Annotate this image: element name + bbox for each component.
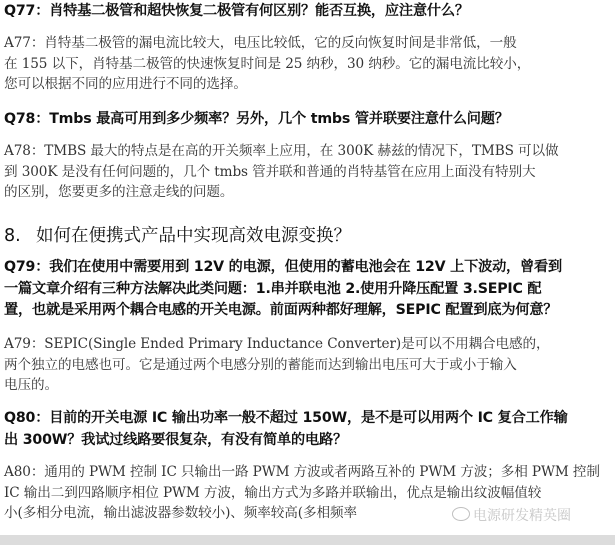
question-q80: Q80：目前的开关电源 IC 输出功率一般不超过 150W，是不是可以用两个 I…: [4, 408, 610, 451]
answer-a78: A78：TMBS 最大的特点是在高的开关频率上应用，在 300K 赫兹的情况下，…: [4, 141, 610, 203]
answer-line: 电压的。: [4, 375, 610, 396]
section-heading: 8.如何在便携式产品中实现高效电源变换？: [4, 225, 610, 247]
wechat-icon: [452, 507, 470, 521]
answer-a79: A79：SEPIC(Single Ended Primary Inductanc…: [4, 334, 610, 396]
section-title: 如何在便携式产品中实现高效电源变换？: [36, 226, 351, 246]
question-q79: Q79：我们在使用中需要用到 12V 的电源，但使用的蓄电池会在 12V 上下波…: [4, 257, 610, 322]
section-number: 8.: [4, 225, 36, 247]
answer-line: A80：通用的 PWM 控制 IC 只输出一路 PWM 方波或者两路互补的 PW…: [4, 462, 610, 483]
answer-line: A79：SEPIC(Single Ended Primary Inductanc…: [4, 334, 610, 355]
question-line: Q78：Tmbs 最高可用到多少频率？另外，几个 tmbs 管并联要注意什么问题…: [4, 109, 610, 131]
answer-line: 在 155 以下，肖特基二极管的快速恢复时间是 25 纳秒，30 纳秒。它的漏电…: [4, 54, 610, 75]
bottom-bar: [0, 535, 615, 545]
answer-line: 您可以根据不同的应用进行不同的选择。: [4, 74, 610, 95]
answer-line: IC 输出二到四路顺序相位 PWM 方波，输出方式为多路并联输出，优点是输出纹波…: [4, 483, 610, 504]
question-line: 出 300W？我试过线路要很复杂，有没有简单的电路？: [4, 430, 610, 452]
answer-line: 到 300K 是没有任何问题的，几个 tmbs 管并联和普通的肖特基管在应用上面…: [4, 162, 610, 183]
answer-line: A78：TMBS 最大的特点是在高的开关频率上应用，在 300K 赫兹的情况下，…: [4, 141, 610, 162]
question-line: Q77：肖特基二极管和超快恢复二极管有何区别？能否互换，应注意什么？: [4, 1, 610, 23]
answer-line: 两个独立的电感也可。它是通过两个电感分别的蓄能而达到输出电压可大于或小于输入: [4, 355, 610, 376]
question-q77: Q77：肖特基二极管和超快恢复二极管有何区别？能否互换，应注意什么？: [4, 1, 610, 23]
answer-a77: A77：肖特基二极管的漏电流比较大，电压比较低，它的反向恢复时间是非常低，一般 …: [4, 33, 610, 95]
question-line: Q79：我们在使用中需要用到 12V 的电源，但使用的蓄电池会在 12V 上下波…: [4, 257, 610, 279]
watermark: 电源研发精英圈: [452, 505, 571, 525]
question-q78: Q78：Tmbs 最高可用到多少频率？另外，几个 tmbs 管并联要注意什么问题…: [4, 109, 610, 131]
question-line: 置，也就是采用两个耦合电感的开关电源。前面两种都好理解，SEPIC 配置到底为何…: [4, 300, 610, 322]
answer-line: 的区别，您要更多的注意走线的问题。: [4, 182, 610, 203]
question-line: 一篇文章介绍有三种方法解决此类问题：1.串并联电池 2.使用升降压配置 3.SE…: [4, 279, 610, 301]
question-line: Q80：目前的开关电源 IC 输出功率一般不超过 150W，是不是可以用两个 I…: [4, 408, 610, 430]
document-page: Q77：肖特基二极管和超快恢复二极管有何区别？能否互换，应注意什么？ A77：肖…: [0, 0, 615, 535]
watermark-text: 电源研发精英圈: [473, 508, 571, 524]
answer-line: A77：肖特基二极管的漏电流比较大，电压比较低，它的反向恢复时间是非常低，一般: [4, 33, 610, 54]
